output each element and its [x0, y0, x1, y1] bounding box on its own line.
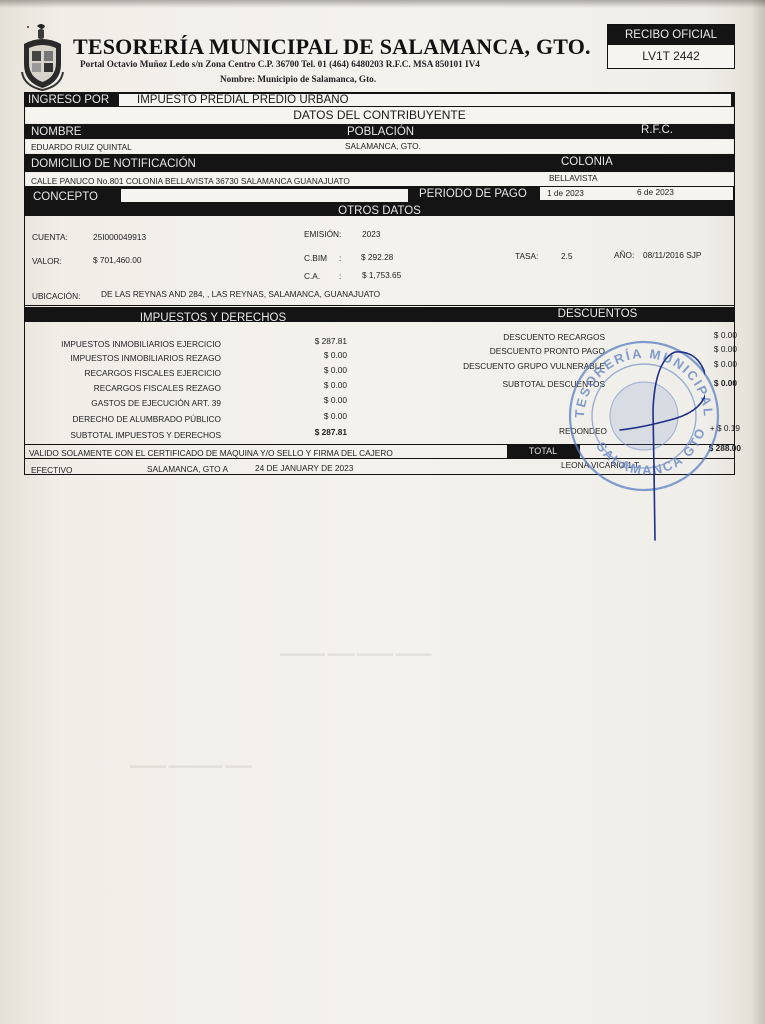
- emision-label: EMISIÓN:: [304, 229, 341, 239]
- poblacion-value: SALAMANCA, GTO.: [345, 140, 421, 153]
- official-receipt-box: RECIBO OFICIAL LV1T 2442: [607, 24, 735, 69]
- bleed-through-text: ▬▬▬▬ ▬▬▬▬▬▬ ▬▬▬: [130, 760, 252, 770]
- concepto-label: CONCEPTO: [33, 189, 98, 205]
- municipal-coat-of-arms-icon: [20, 22, 65, 92]
- colonia-value: BELLAVISTA: [549, 172, 598, 185]
- divider: [25, 305, 734, 306]
- ingreso-value: IMPUESTO PREDIAL PREDIO URBANO: [137, 93, 349, 107]
- impuesto-item-label: IMPUESTOS INMOBILIARIOS EJERCICIO: [25, 339, 221, 349]
- impuesto-item-amount: $ 0.00: [285, 380, 347, 390]
- municipality-name: Nombre: Municipio de Salamanca, Gto.: [220, 74, 376, 84]
- treasury-address: Portal Octavio Muñoz Ledo s/n Zona Centr…: [80, 59, 480, 69]
- receipt-label: RECIBO OFICIAL: [608, 25, 734, 45]
- impuesto-item-amount: $ 0.00: [285, 411, 347, 421]
- tasa-label: TASA:: [515, 251, 538, 261]
- receipt-number: LV1T 2442: [608, 45, 734, 67]
- rfc-label: R.F.C.: [641, 122, 673, 138]
- cbim-separator: :: [339, 253, 341, 263]
- bleed-through-text: ▬▬▬▬▬ ▬▬▬ ▬▬▬▬ ▬▬▬▬: [280, 648, 432, 658]
- validity-note: VALIDO SOLAMENTE CON EL CERTIFICADO DE M…: [29, 448, 393, 458]
- concepto-field: [121, 189, 408, 202]
- periodo-label: PERIODO DE PAGO: [419, 186, 527, 203]
- ubicacion-label: UBICACIÓN:: [32, 291, 80, 301]
- valor-value: $ 701,460.00: [93, 255, 141, 265]
- periodo-hasta: 6 de 2023: [637, 186, 674, 199]
- treasury-title: TESORERÍA MUNICIPAL DE SALAMANCA, GTO.: [73, 34, 591, 60]
- impuesto-item-label: RECARGOS FISCALES EJERCICIO: [25, 368, 221, 378]
- impuesto-item-amount: $ 0.00: [285, 395, 347, 405]
- paper-top-shadow: [0, 0, 765, 8]
- contribuyente-title: DATOS DEL CONTRIBUYENTE: [25, 108, 734, 123]
- domicilio-label: DOMICILIO DE NOTIFICACIÓN: [31, 156, 196, 173]
- nombre-label: NOMBRE: [31, 124, 81, 140]
- anio-value: 08/11/2016 SJP: [643, 250, 701, 260]
- cuenta-label: CUENTA:: [32, 232, 68, 242]
- anio-label: AÑO:: [614, 250, 634, 260]
- ca-value: $ 1,753.65: [362, 270, 401, 280]
- subtotal-impuestos-label: SUBTOTAL IMPUESTOS Y DERECHOS: [25, 430, 221, 440]
- impuestos-title: IMPUESTOS Y DERECHOS: [25, 311, 401, 325]
- tasa-value: 2.5: [561, 251, 573, 261]
- impuesto-item-label: DERECHO DE ALUMBRADO PÚBLICO: [25, 414, 221, 424]
- paper-right-edge: [751, 0, 765, 1024]
- colonia-label: COLONIA: [561, 154, 613, 170]
- cbim-label: C.BIM: [304, 253, 327, 263]
- ingreso-label: INGRESO POR: [28, 93, 109, 107]
- payment-method: EFECTIVO: [31, 465, 73, 475]
- emision-value: 2023: [362, 229, 380, 239]
- subtotal-impuestos-amount: $ 287.81: [285, 427, 347, 437]
- impuesto-item-label: RECARGOS FISCALES REZAGO: [25, 383, 221, 393]
- impuesto-item-amount: $ 287.81: [285, 336, 347, 346]
- ca-label: C.A.: [304, 271, 320, 281]
- payment-date: 24 DE JANUARY DE 2023: [255, 463, 353, 473]
- handwritten-signature-icon: [585, 340, 705, 550]
- cbim-value: $ 292.28: [361, 252, 393, 262]
- periodo-desde: 1 de 2023: [547, 187, 584, 200]
- ubicacion-value: DE LAS REYNAS AND 284, , LAS REYNAS, SAL…: [101, 289, 380, 299]
- otros-datos-title: OTROS DATOS: [25, 204, 734, 218]
- impuesto-item-amount: $ 0.00: [285, 365, 347, 375]
- payment-place: SALAMANCA, GTO A: [147, 464, 228, 474]
- nombre-value: EDUARDO RUIZ QUINTAL: [31, 141, 132, 154]
- impuesto-item-amount: $ 0.00: [285, 350, 347, 360]
- impuesto-item-label: IMPUESTOS INMOBILIARIOS REZAGO: [25, 353, 221, 363]
- impuesto-item-label: GASTOS DE EJECUCIÓN ART. 39: [25, 398, 221, 408]
- cuenta-value: 25I000049913: [93, 232, 146, 242]
- descuentos-title: DESCUENTOS: [445, 307, 750, 321]
- ca-separator: :: [339, 271, 341, 281]
- poblacion-label: POBLACIÓN: [347, 124, 414, 140]
- valor-label: VALOR:: [32, 256, 62, 266]
